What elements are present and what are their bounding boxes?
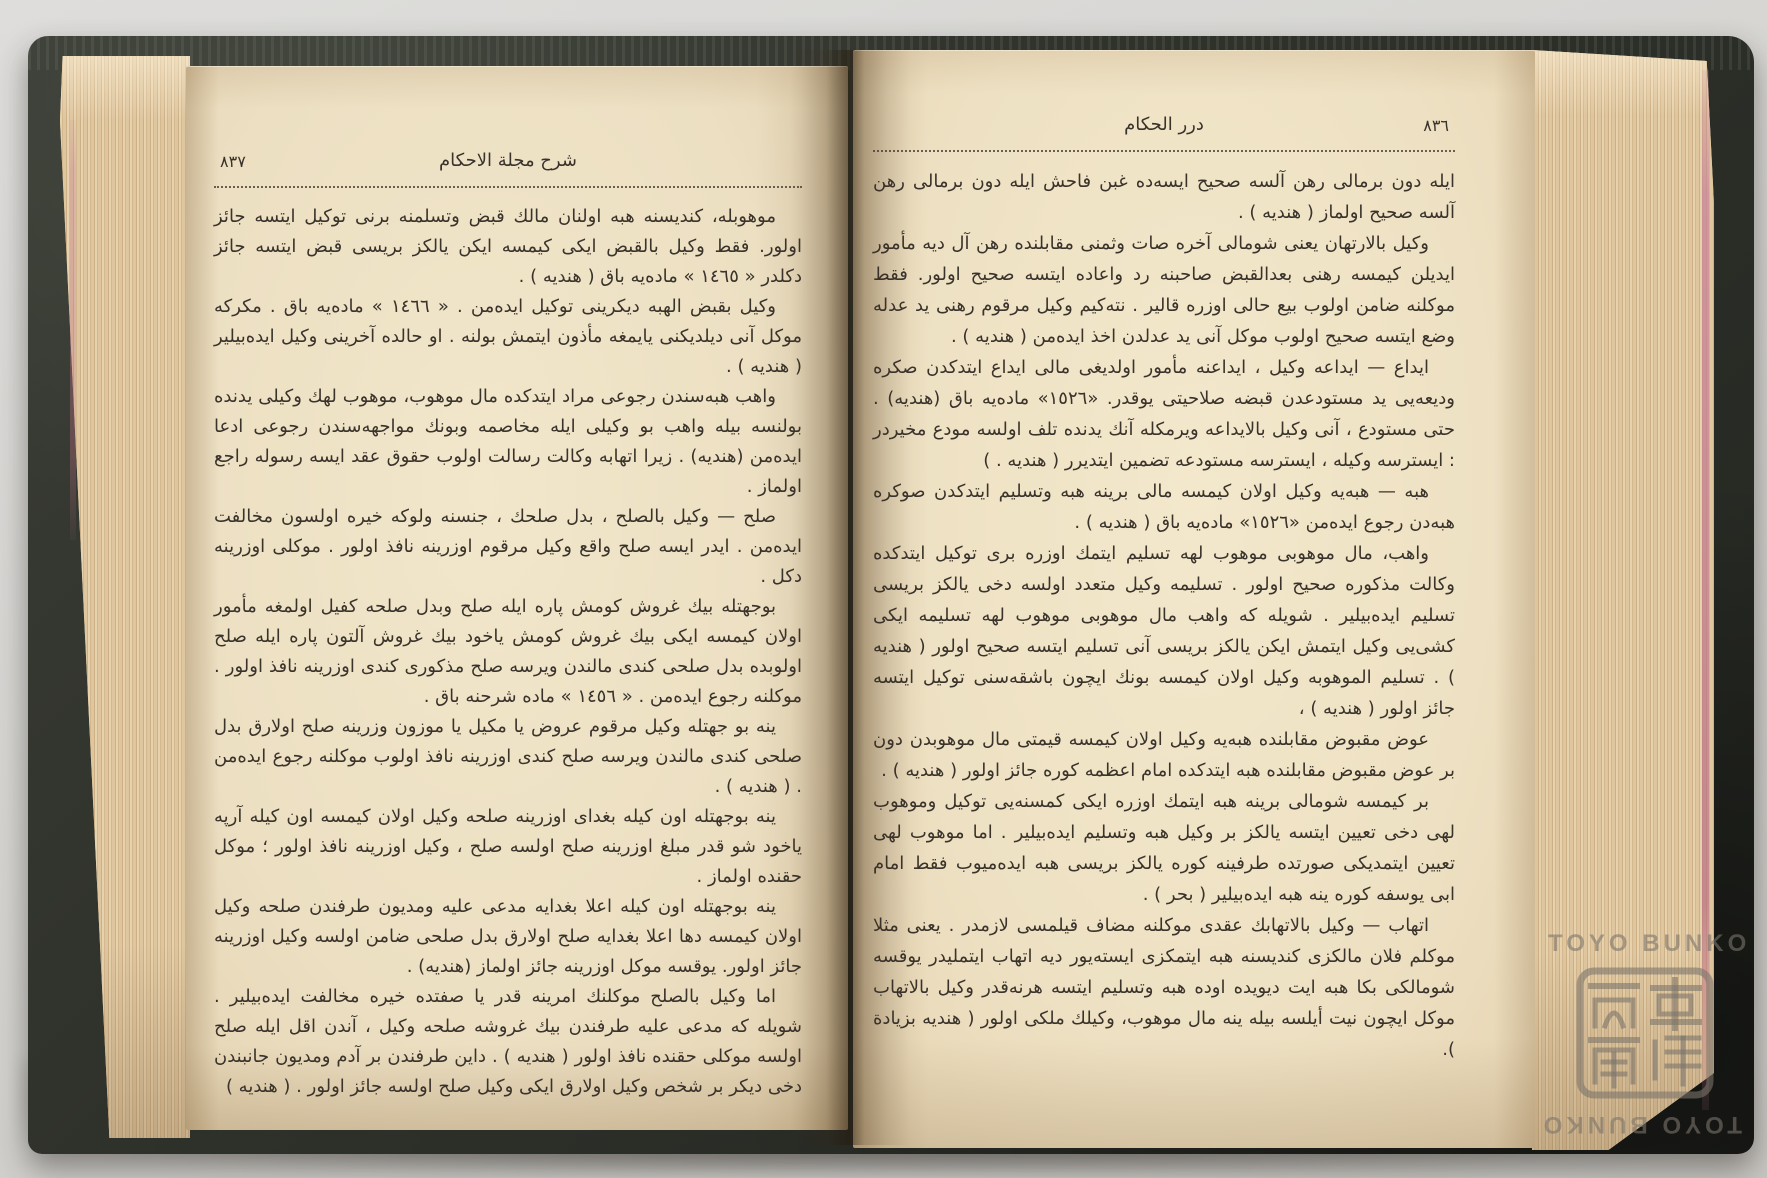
paragraph: واهب، مال موهوبى موهوب لهه تسليم ايتمك ا… bbox=[873, 538, 1455, 724]
paragraph: بر كيمسه شومالى برينه هبه ايتمك اوزره اي… bbox=[873, 786, 1455, 910]
left-page-text-column: ٨٣٧ شرح مجلة الاحكام موهوبله، كنديسنه هب… bbox=[214, 150, 802, 1102]
paragraph: صلح — وكيل بالصلح ، بدل صلحك ، جنسنه ولو… bbox=[214, 502, 802, 592]
paragraph: بوجهتله بيك غروش كومش پاره ايله صلح وبدل… bbox=[214, 592, 802, 712]
paragraph: واهب هبه‌سندن رجوعى مراد ايتدكده مال موه… bbox=[214, 382, 802, 502]
paragraph: ينه بو جهتله وكيل مرقوم عروض يا مكيل يا … bbox=[214, 712, 802, 802]
left-page: ٨٣٧ شرح مجلة الاحكام موهوبله، كنديسنه هب… bbox=[186, 66, 848, 1130]
paragraph: هبه — هبه‌يه وكيل اولان كيمسه مالى برينه… bbox=[873, 476, 1455, 538]
paragraph: ينه بوجهتله اون كيله بغداى اوزرينه صلحه … bbox=[214, 802, 802, 892]
paragraph: اتهاب — وكيل بالاتهابك عقدى موكلنه مضاف … bbox=[873, 910, 1455, 1065]
right-page-body: ايله دون برمالى رهن آلسه صحيح ايسه‌ده غب… bbox=[873, 166, 1455, 1065]
right-page-title: درر الحكام bbox=[873, 114, 1455, 135]
paragraph: وكيل بقبض الهبه ديكرينى توكيل ايده‌من . … bbox=[214, 292, 802, 382]
watermark: TOYO BUNKO TOYO BUNKO bbox=[1548, 930, 1742, 1138]
toyo-bunko-seal-icon bbox=[1575, 966, 1715, 1100]
right-header-rule bbox=[873, 148, 1455, 152]
pink-stain-left bbox=[70, 120, 76, 540]
watermark-text-top: TOYO BUNKO bbox=[1548, 930, 1742, 958]
left-page-title: شرح مجلة الاحكام bbox=[214, 150, 802, 171]
paragraph: وكيل بالارتهان يعنى شومالى آخره صات وثمن… bbox=[873, 228, 1455, 352]
photo-background: ٨٣٧ شرح مجلة الاحكام موهوبله، كنديسنه هب… bbox=[0, 0, 1767, 1178]
paragraph: ينه بوجهتله اون كيله اعلا بغدايه مدعى عل… bbox=[214, 892, 802, 982]
paragraph: اما وكيل بالصلح موكلنك امرينه قدر يا صفت… bbox=[214, 982, 802, 1102]
right-page: درر الحكام ٨٣٦ ايله دون برمالى رهن آلسه … bbox=[853, 50, 1535, 1148]
paragraph: ايداع — ايداعه وكيل ، ايداعنه مأمور اولد… bbox=[873, 352, 1455, 476]
right-page-header: درر الحكام ٨٣٦ bbox=[873, 114, 1455, 144]
paragraph: ايله دون برمالى رهن آلسه صحيح ايسه‌ده غب… bbox=[873, 166, 1455, 228]
left-header-rule bbox=[214, 184, 802, 188]
watermark-text-bottom-mirrored: TOYO BUNKO bbox=[1548, 1110, 1742, 1138]
left-page-header: ٨٣٧ شرح مجلة الاحكام bbox=[214, 150, 802, 180]
right-page-number: ٨٣٦ bbox=[1423, 116, 1449, 135]
right-page-text-column: درر الحكام ٨٣٦ ايله دون برمالى رهن آلسه … bbox=[873, 114, 1455, 1065]
left-page-body: موهوبله، كنديسنه هبه اولنان مالك قبض وتس… bbox=[214, 202, 802, 1102]
paragraph: موهوبله، كنديسنه هبه اولنان مالك قبض وتس… bbox=[214, 202, 802, 292]
paragraph: عوض مقبوض مقابلنده هبه‌يه وكيل اولان كيم… bbox=[873, 724, 1455, 786]
